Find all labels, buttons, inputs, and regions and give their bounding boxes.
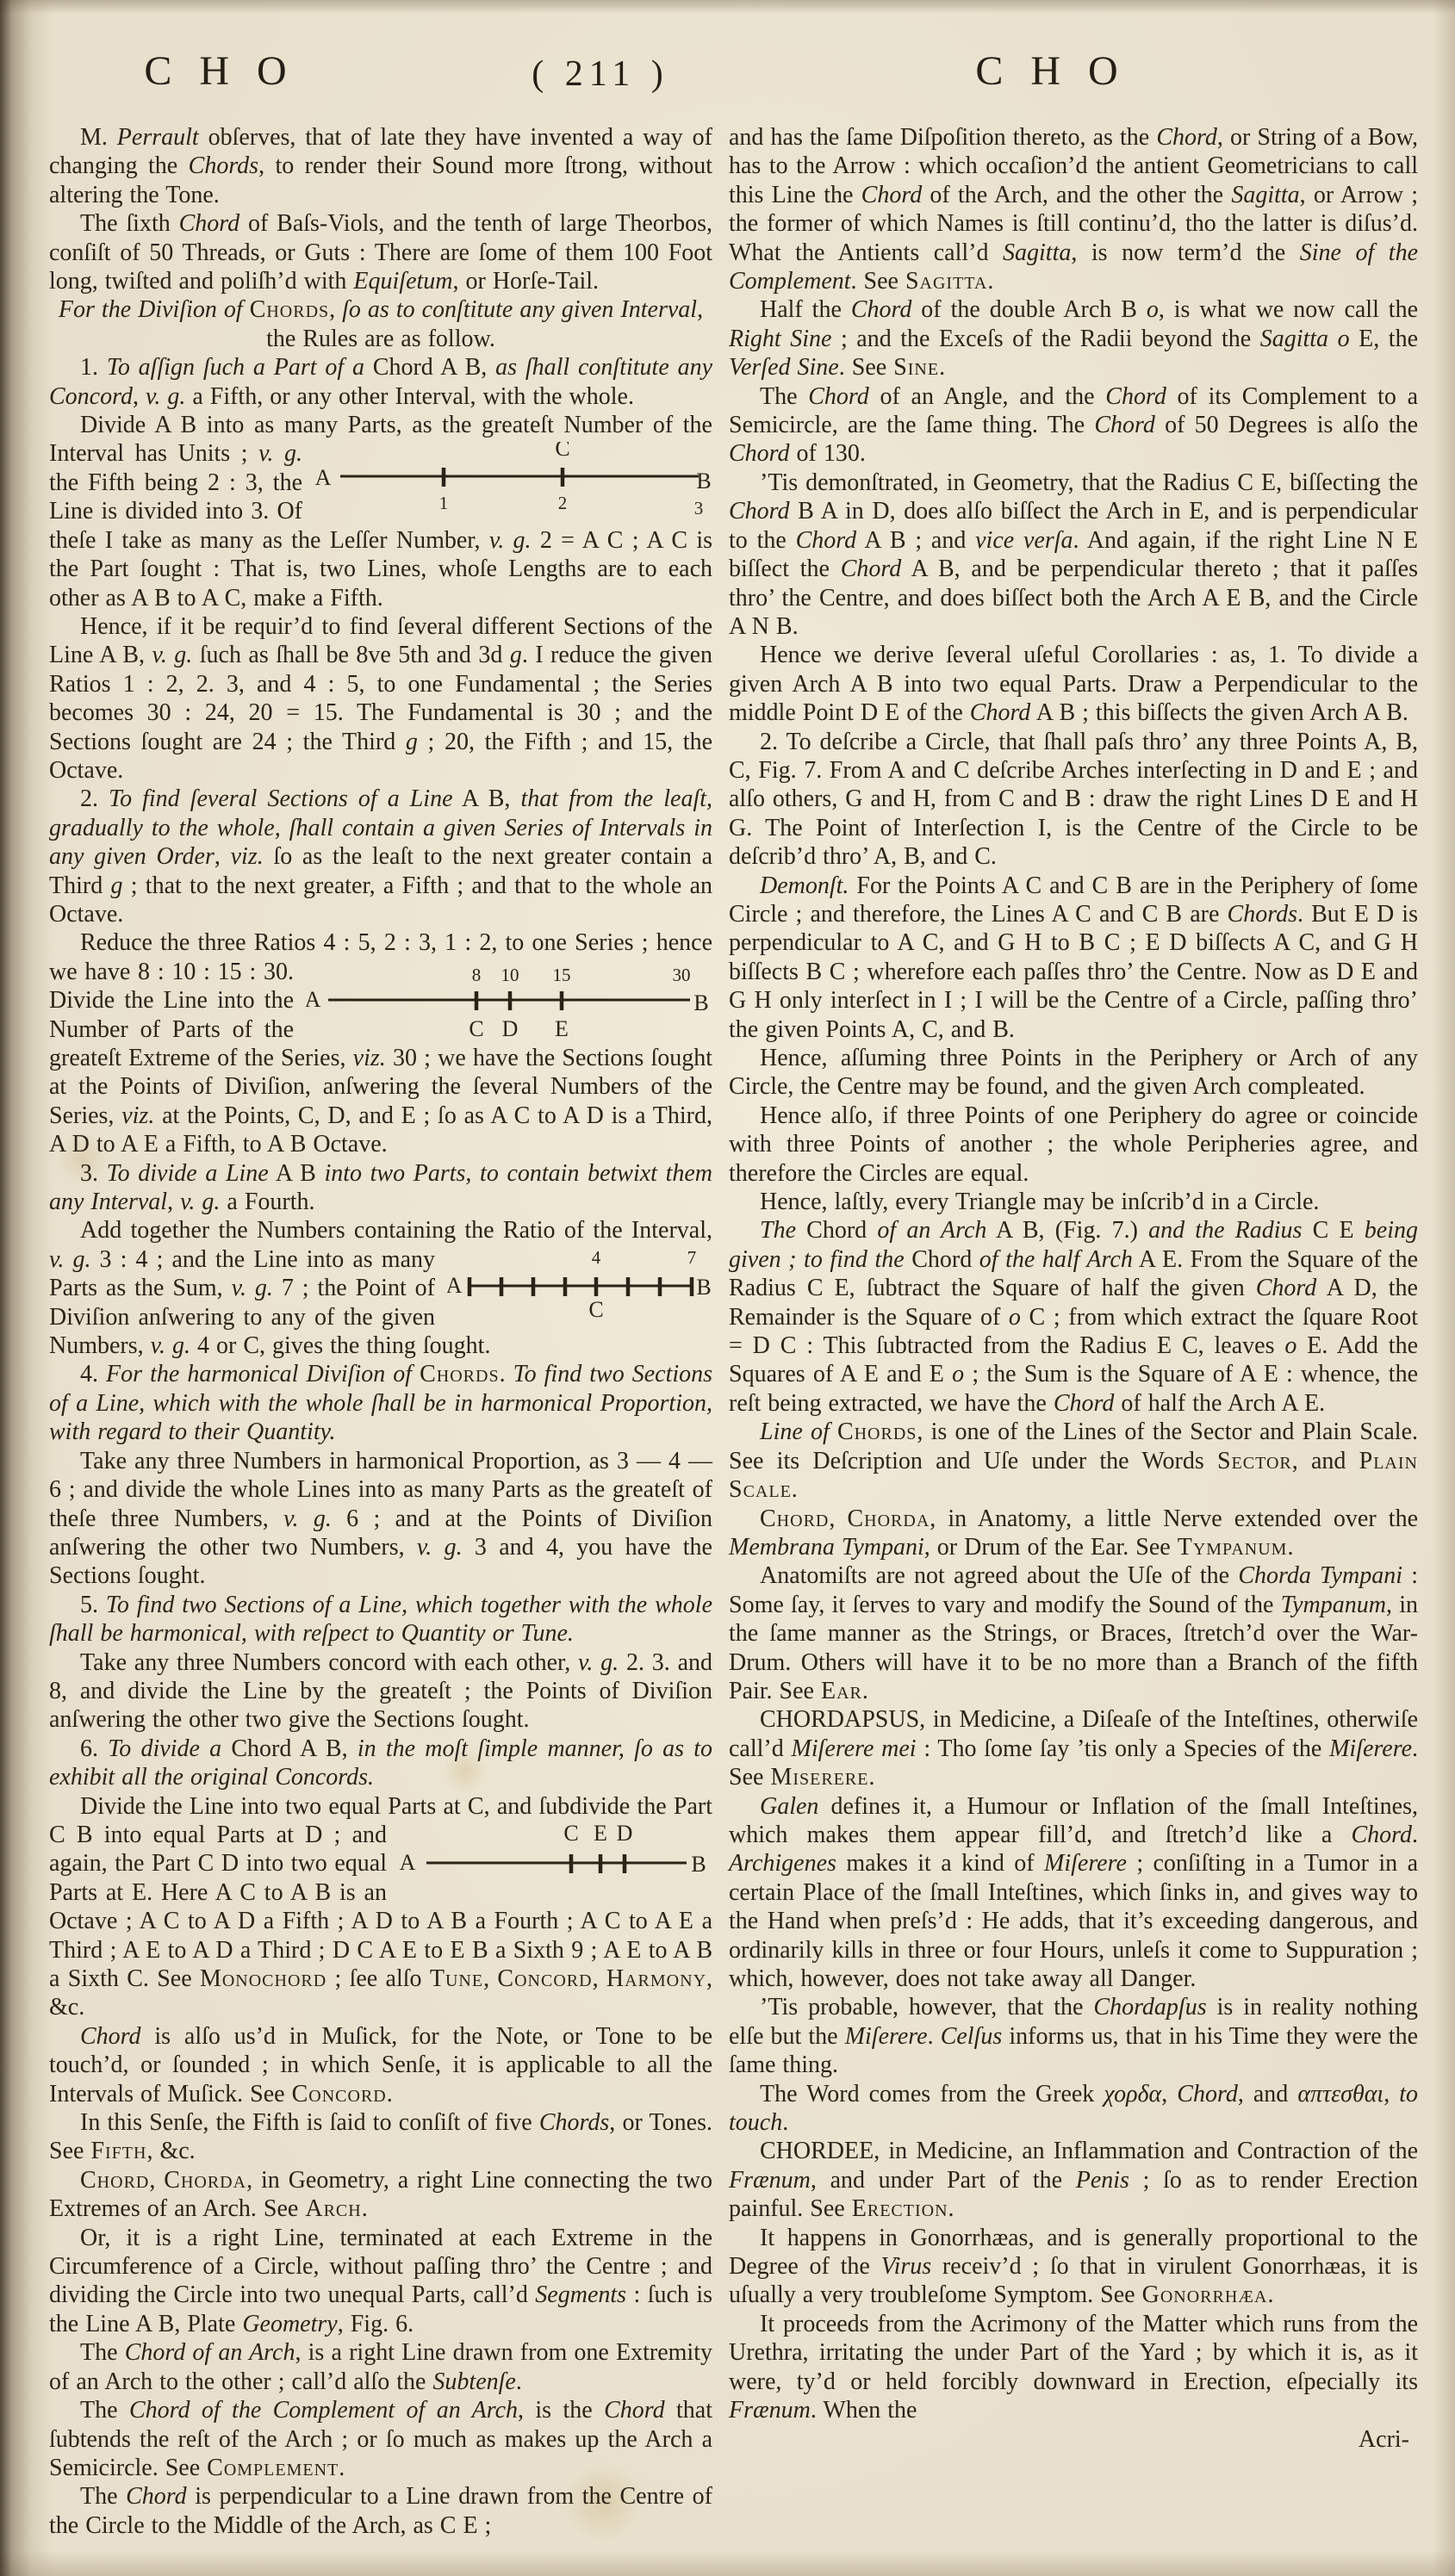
svg-text:B: B (696, 469, 711, 493)
svg-text:E: E (594, 1823, 607, 1846)
svg-text:B: B (691, 1852, 706, 1877)
svg-text:30: 30 (673, 965, 691, 985)
italic-text: v. g. (49, 1246, 90, 1273)
paragraph: 2. To deſcribe a Circle, that ſhall paſs… (729, 728, 1418, 872)
left-column: M. Perrault obſerves, that of late they … (49, 123, 712, 2540)
paragraph: and has the ſame Diſpoſition thereto, as… (729, 123, 1418, 295)
paragraph: Hence we derive ſeveral uſeful Corollari… (729, 641, 1418, 727)
italic-text: Chord of the Complement of an Arch (129, 2397, 518, 2424)
italic-text: Chord (126, 2483, 187, 2510)
italic-text: Chords (539, 2109, 609, 2136)
paragraph: For the Diviſion of Chords, ſo as to con… (49, 295, 712, 353)
paragraph: In this Senſe, the Fifth is ſaid to conſ… (49, 2108, 712, 2166)
svg-text:C: C (469, 1016, 483, 1040)
svg-text:B: B (696, 1275, 711, 1300)
paragraph: The Chord of an Arch, is a right Line dr… (49, 2338, 712, 2396)
svg-text:D: D (502, 1016, 519, 1040)
small-caps-reference: Sine (893, 354, 939, 381)
italic-text: To find two Sections of a Line, which to… (49, 1592, 712, 1647)
paragraph: Line of Chords, is one of the Lines of t… (729, 1418, 1418, 1504)
italic-text: o (952, 1361, 964, 1387)
italic-text: Penis (1076, 2167, 1129, 2194)
italic-text: To aſſign ſuch a Part of a (107, 354, 364, 381)
italic-text: v. g. (146, 383, 185, 410)
italic-text: Virus (881, 2253, 932, 2280)
italic-text: v. g. (152, 642, 193, 668)
italic-text: Galen (760, 1793, 818, 1820)
svg-text:D: D (617, 1823, 633, 1846)
italic-text: viz. (353, 1045, 386, 1071)
svg-text:3: 3 (694, 498, 704, 516)
svg-text:8: 8 (472, 965, 482, 985)
svg-text:C: C (555, 442, 569, 461)
paragraph: ’Tis demonſtrated, in Geometry, that the… (729, 469, 1418, 641)
paragraph: The Chord of an Angle, and the Chord of … (729, 382, 1418, 469)
paragraph: Take any three Numbers in harmonical Pro… (49, 1447, 712, 1591)
paragraph: The Word comes from the Greek χορδα, Cho… (729, 2080, 1418, 2138)
small-caps-reference: Chords (837, 1418, 917, 1445)
page-header: C H O ( 211 ) C H O (0, 0, 1455, 121)
italic-text: Verſed Sine (729, 354, 839, 381)
italic-text: Line of (760, 1418, 830, 1445)
italic-text: Right Sine (729, 326, 831, 352)
paragraph: Divide A B into as many Parts, as the gr… (49, 411, 712, 612)
italic-text: To find ſeveral Sections of a Line (109, 785, 452, 812)
small-caps-reference: Plain Scale (729, 1448, 1418, 1503)
italic-text: and the Radius (1148, 1217, 1302, 1244)
paragraph: 6. To divide a Chord A B, in the moſt ſi… (49, 1735, 712, 1792)
italic-text: Celſus (941, 2023, 1003, 2050)
chord-line-diagram: AB47C (447, 1248, 712, 1320)
paragraph: 2. To find ſeveral Sections of a Line A … (49, 785, 712, 928)
svg-text:1: 1 (439, 493, 449, 513)
paragraph: Reduce the three Ratios 4 : 5, 2 : 3, 1 … (49, 928, 712, 1158)
italic-text: Chord (1094, 412, 1155, 438)
italic-text: Chord (808, 383, 869, 410)
paragraph: Anatomiſts are not agreed about the Uſe … (729, 1561, 1418, 1705)
catchword: Acri- (729, 2425, 1418, 2454)
small-caps-reference: Chords (420, 1361, 499, 1387)
svg-text:E: E (555, 1016, 569, 1040)
paragraph: The Chord of an Arch A B, (Fig. 7.) and … (729, 1216, 1418, 1418)
svg-text:A: A (306, 987, 321, 1012)
italic-text: Chorda Tympani (1238, 1562, 1402, 1589)
italic-text: Frænum (729, 2397, 811, 2424)
svg-text:A: A (400, 1850, 416, 1875)
paragraph: It happens in Gonorrhæas, and is general… (729, 2224, 1418, 2310)
svg-text:A: A (315, 465, 332, 490)
italic-text: g (510, 642, 522, 668)
paragraph: Chord, Chorda, in Anatomy, a little Nerv… (729, 1505, 1418, 1562)
italic-text: Tympanum (1281, 1592, 1386, 1618)
italic-text: To divide a Line (107, 1160, 269, 1187)
svg-text:C: C (588, 1297, 603, 1320)
paragraph: 3. To divide a Line A B into two Parts, … (49, 1159, 712, 1217)
paragraph: Galen defines it, a Humour or Inflation … (729, 1792, 1418, 1994)
italic-text: g (110, 872, 122, 899)
right-column: and has the ſame Diſpoſition thereto, as… (729, 123, 1418, 2454)
small-caps-reference: Tune (430, 1965, 483, 1992)
italic-text: Chord (796, 527, 857, 554)
svg-text:C: C (563, 1823, 578, 1846)
italic-text: v. g. (283, 1505, 332, 1532)
small-caps-reference: Chord (760, 1505, 829, 1532)
italic-text: v. g. (232, 1275, 273, 1301)
italic-text: απτεσθαι (1297, 2081, 1383, 2107)
paragraph: Hence, if it be requir’d to find ſeveral… (49, 612, 712, 785)
italic-text: v. g. (180, 1189, 220, 1215)
paragraph: 4. For the harmonical Diviſion of Chords… (49, 1360, 712, 1446)
small-caps-reference: Concord (497, 1965, 592, 1992)
paragraph: The Chord of the Complement of an Arch, … (49, 2396, 712, 2482)
small-caps-reference: Complement (207, 2455, 339, 2481)
italic-text: o (1338, 326, 1350, 352)
italic-text: o (1009, 1304, 1021, 1331)
content: M. Perrault obſerves, that of late they … (49, 123, 1418, 2540)
italic-text: Membrana Tympani (729, 1534, 924, 1561)
italic-text: Sagitta (1260, 326, 1328, 352)
small-caps-reference: Chord (80, 2167, 149, 2194)
italic-text: g (406, 729, 418, 755)
italic-text: v. g. (151, 1332, 190, 1359)
italic-text: Chord (80, 2023, 141, 2050)
italic-text: Sagitta (1003, 239, 1071, 266)
italic-text: Chordapſus (1093, 1994, 1206, 2020)
italic-text: v. g. (258, 440, 302, 467)
italic-text: Chord (1351, 1822, 1412, 1848)
paragraph: Or, it is a right Line, terminated at ea… (49, 2224, 712, 2339)
italic-text: Chord (179, 210, 240, 237)
paragraph: ’Tis probable, however, that the Chordap… (729, 1993, 1418, 2079)
page-number: ( 211 ) (532, 53, 668, 95)
italic-text: Chord of an Arch (125, 2339, 295, 2366)
italic-text: Geometry (242, 2311, 337, 2337)
italic-text: Chord (970, 699, 1031, 726)
small-caps-reference: Harmony (606, 1965, 706, 1992)
page: C H O ( 211 ) C H O M. Perrault obſerves… (0, 0, 1455, 2576)
italic-text: of an Arch (877, 1217, 986, 1244)
italic-text: Subtenſe (432, 2368, 515, 2395)
paragraph: Chord, Chorda, in Geometry, a right Line… (49, 2166, 712, 2224)
italic-text: Chord (729, 498, 790, 525)
small-caps-reference: Sagitta (905, 268, 987, 295)
italic-text: Archigenes (729, 1850, 836, 1877)
italic-text: v. g. (578, 1649, 619, 1676)
italic-text: Chord (729, 440, 790, 467)
small-caps-reference: Chorda (164, 2167, 246, 2194)
svg-text:4: 4 (592, 1248, 601, 1268)
running-title-left: C H O (144, 47, 295, 95)
italic-text: ſo as to conſtitute any given Interval (342, 296, 697, 323)
italic-text: Chord (841, 556, 902, 582)
italic-text: Segments (535, 2281, 626, 2308)
svg-text:15: 15 (553, 965, 571, 985)
chord-line-diagram: ACB123 (314, 442, 712, 516)
italic-text: v. g. (417, 1534, 463, 1561)
italic-text: Sine of the Complement (729, 239, 1418, 295)
italic-text: Chord (1105, 383, 1166, 410)
italic-text: Chord (1054, 1390, 1115, 1417)
paragraph: Add together the Numbers containing the … (49, 1216, 712, 1360)
small-caps-reference: Fifth (90, 2138, 146, 2164)
paragraph: Chord is alſo us’d in Muſick, for the No… (49, 2022, 712, 2108)
italic-text: Perrault (117, 124, 199, 151)
italic-text: Chord (861, 182, 923, 208)
paragraph: Demonſt. For the Points A C and C B are … (729, 872, 1418, 1044)
italic-text: For the harmonical Diviſion of (106, 1361, 412, 1387)
italic-text: Chord (1156, 124, 1217, 151)
italic-text: o (1284, 1332, 1296, 1359)
italic-text: Chord (1256, 1275, 1317, 1301)
paragraph: The Chord is perpendicular to a Line dra… (49, 2482, 712, 2540)
paragraph: The ſixth Chord of Baſs-Viols, and the t… (49, 209, 712, 295)
italic-text: Demonſt. (760, 872, 849, 899)
paragraph: 1. To aſſign ſuch a Part of a Chord A B,… (49, 353, 712, 411)
italic-text: v. g. (489, 527, 532, 554)
italic-text: Equiſetum (353, 268, 452, 295)
italic-text: viz. (121, 1102, 154, 1129)
small-caps-reference: Erection (852, 2195, 948, 2222)
small-caps-reference: Tympanum (1178, 1534, 1288, 1561)
small-caps-reference: Monochord (200, 1965, 326, 1992)
small-caps-reference: Ear (821, 1678, 862, 1704)
italic-text: Miſerere (1329, 1735, 1412, 1762)
italic-text: Miſerere mei (792, 1735, 917, 1762)
italic-text: of the half Arch (979, 1246, 1133, 1273)
italic-text: o (1147, 296, 1159, 323)
italic-text: viz. (231, 843, 264, 870)
italic-text: To divide a (108, 1735, 221, 1762)
small-caps-reference: Chorda (847, 1505, 930, 1532)
italic-text: Miſerere (845, 2023, 928, 2050)
running-title-right: C H O (975, 47, 1126, 95)
small-caps-reference: Miserere (770, 1764, 868, 1791)
paragraph: Hence alſo, if three Points of one Perip… (729, 1102, 1418, 1188)
small-caps-reference: Gonorrhæa (1142, 2281, 1268, 2308)
italic-text: Chord (1177, 2081, 1238, 2107)
paragraph: Half the Chord of the double Arch B o, i… (729, 295, 1418, 382)
italic-text: χορδα (1104, 2081, 1161, 2107)
paragraph: CHORDEE, in Medicine, an Inflammation an… (729, 2137, 1418, 2223)
paragraph: Hence, aſſuming three Points in the Peri… (729, 1044, 1418, 1102)
svg-text:B: B (693, 990, 708, 1015)
paragraph: It proceeds from the Acrimony of the Mat… (729, 2310, 1418, 2425)
italic-text: Chord (604, 2397, 665, 2424)
svg-text:A: A (447, 1273, 463, 1298)
italic-text: Miſerere (1044, 1850, 1127, 1877)
small-caps-reference: Sector (1217, 1448, 1292, 1474)
chord-line-diagram: ACEDB (399, 1823, 712, 1896)
italic-text: Chords (1228, 901, 1297, 928)
chord-line-diagram: A8101530BCDE (306, 960, 712, 1040)
paragraph: CHORDAPSUS, in Medicine, a Diſeaſe of th… (729, 1705, 1418, 1791)
italic-text: For the Diviſion of (59, 296, 243, 323)
paragraph: M. Perrault obſerves, that of late they … (49, 123, 712, 209)
italic-text: Frænum (729, 2167, 811, 2194)
italic-text: vice verſa (975, 527, 1073, 554)
italic-text: Chord (851, 296, 912, 323)
small-caps-reference: Chords (250, 296, 329, 323)
paragraph: Hence, laſtly, every Triangle may be inſ… (729, 1188, 1418, 1216)
svg-text:10: 10 (501, 965, 519, 985)
paragraph: Divide the Line into two equal Parts at … (49, 1792, 712, 2022)
italic-text: Chords (189, 152, 258, 179)
small-caps-reference: Arch (305, 2195, 361, 2222)
svg-text:2: 2 (558, 493, 568, 513)
svg-text:7: 7 (687, 1248, 697, 1268)
small-caps-reference: Concord (292, 2081, 387, 2107)
italic-text: Sagitta (1231, 182, 1299, 208)
paragraph: 5. To find two Sections of a Line, which… (49, 1591, 712, 1648)
italic-text: The (760, 1217, 796, 1244)
paragraph: Take any three Numbers concord with each… (49, 1648, 712, 1735)
